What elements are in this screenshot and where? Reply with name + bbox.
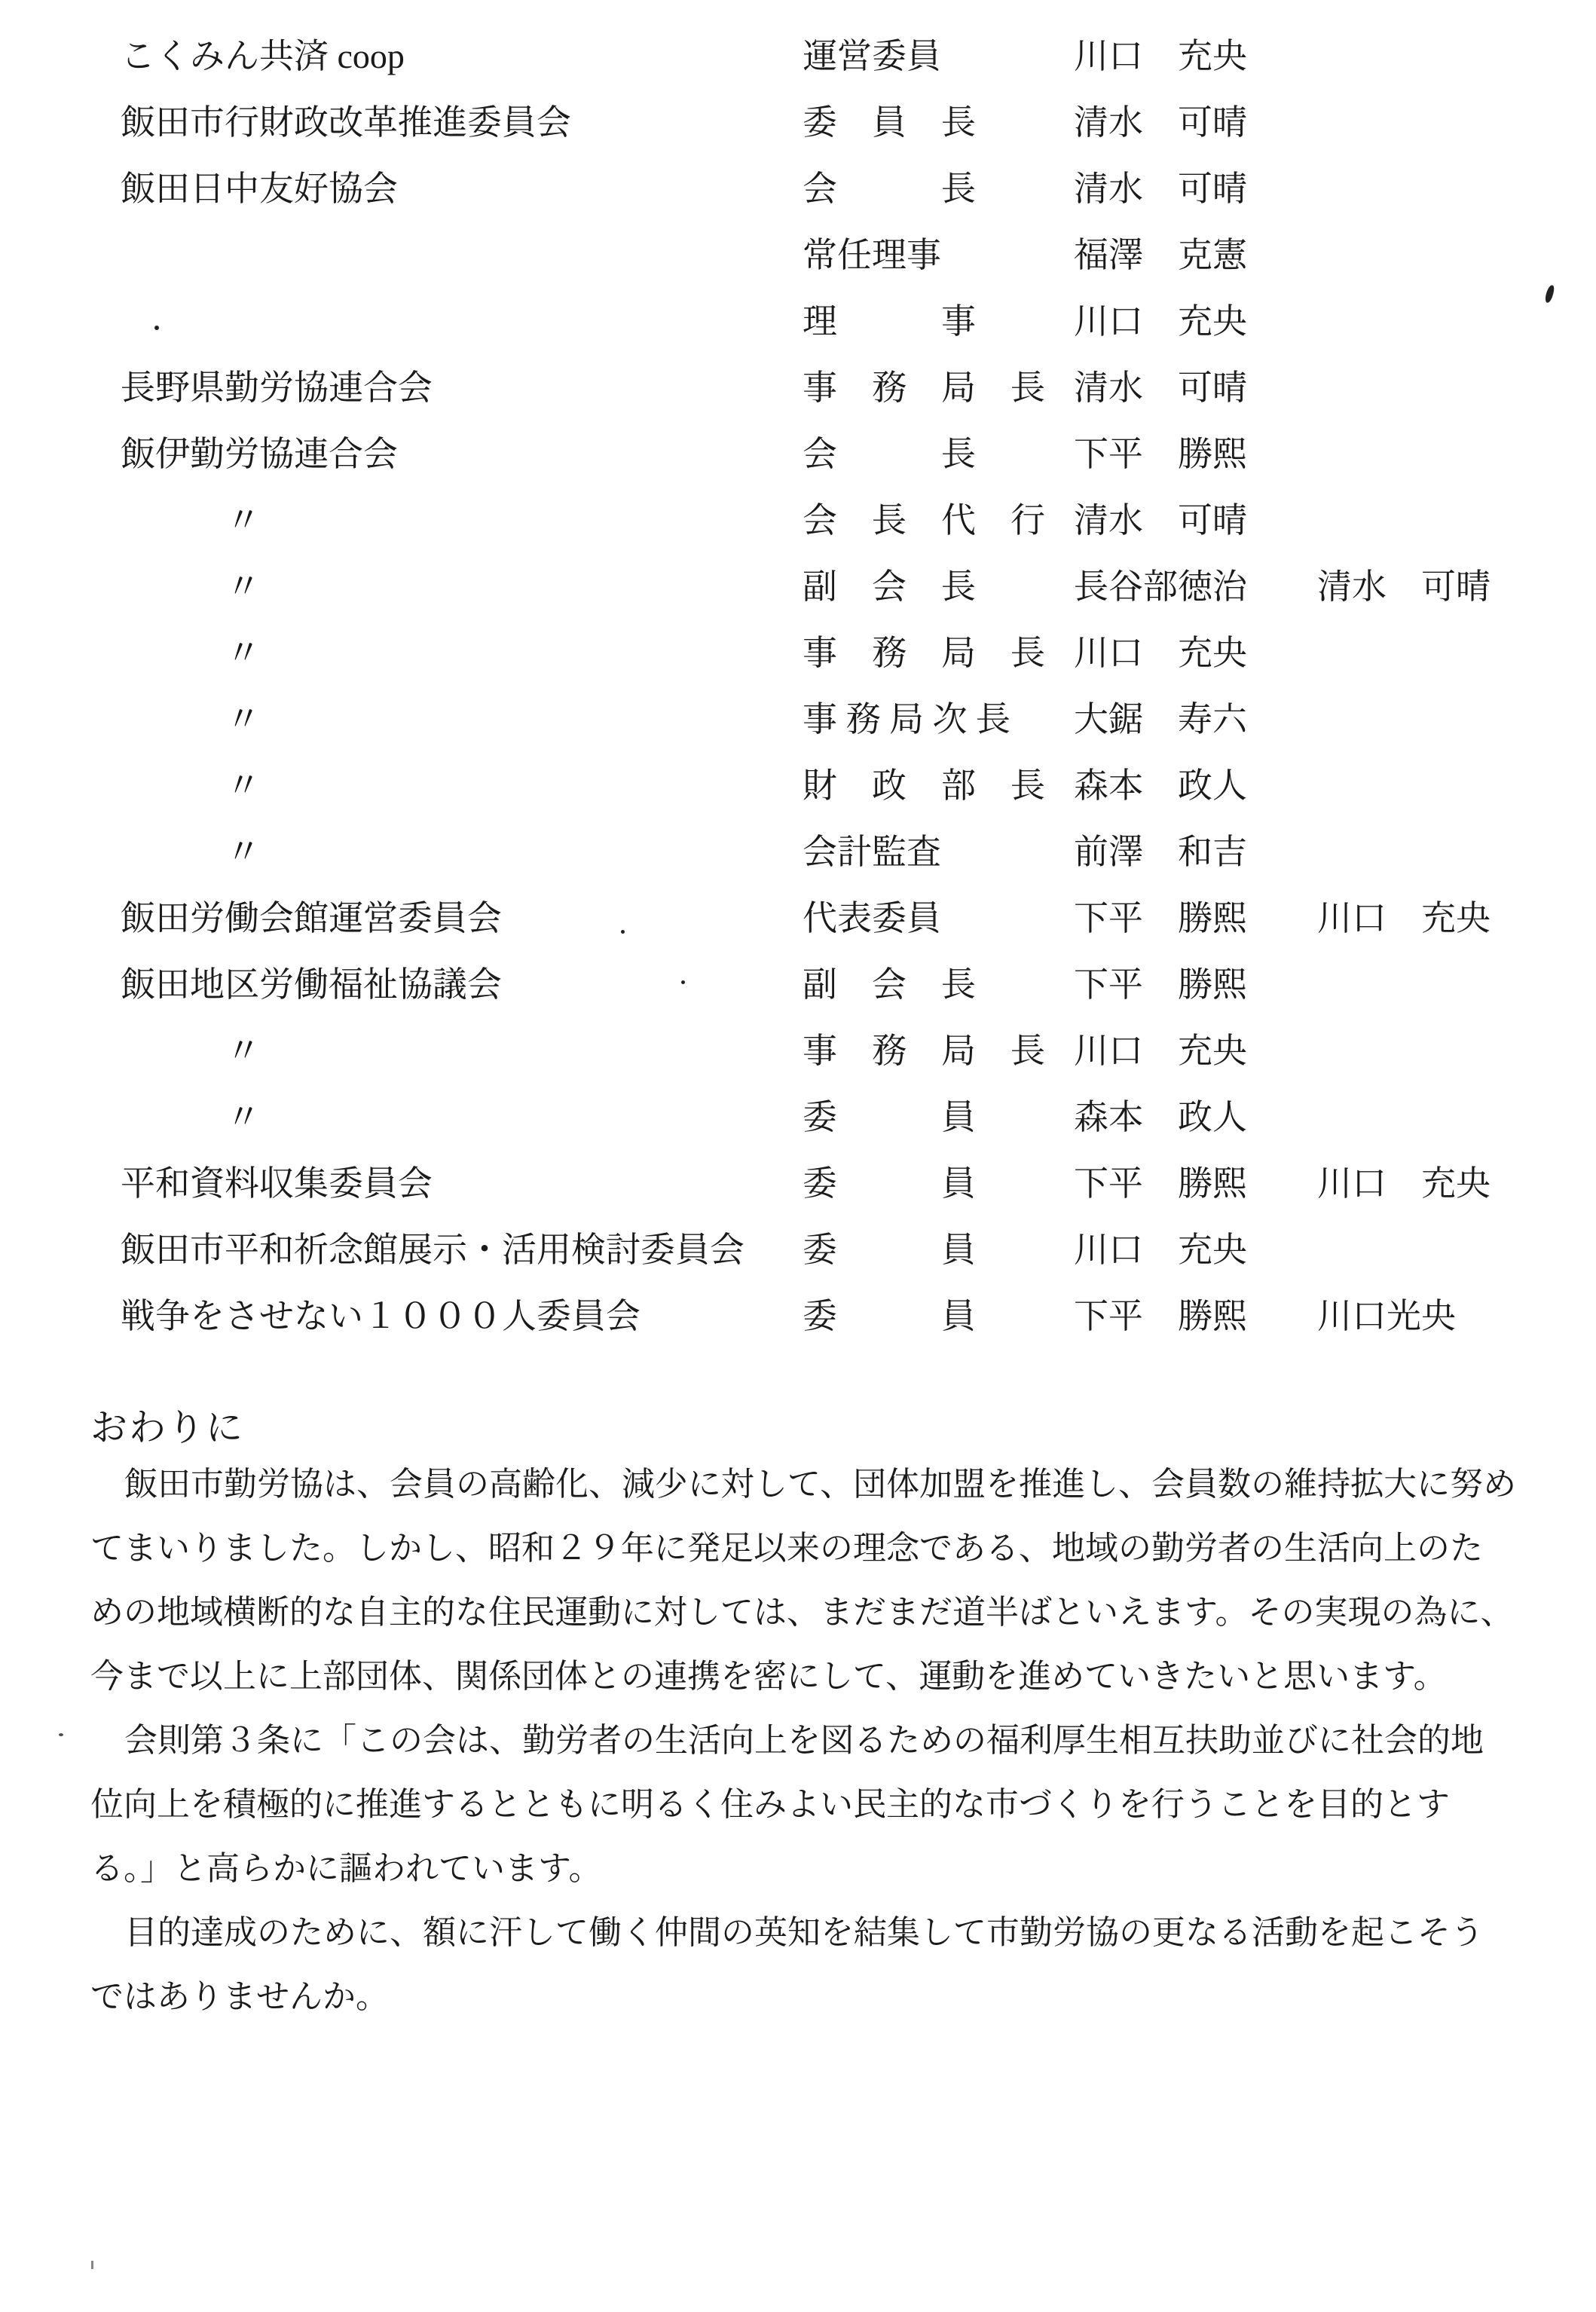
position-title: 会 長 bbox=[803, 421, 976, 488]
roster-row: 飯田日中友好協会 会 長 清水 可晴 bbox=[0, 156, 1596, 222]
closing-paragraph-line: 今まで以上に上部団体、関係団体との連携を密にして、運動を進めていきたいと思います… bbox=[90, 1644, 1545, 1708]
ditto-mark: 〃 bbox=[226, 620, 261, 687]
closing-heading: おわりに bbox=[90, 1408, 244, 1448]
position-title: 事 務 局 長 bbox=[803, 620, 1045, 687]
member-name: 森本 政人 bbox=[1074, 753, 1247, 819]
ditto-mark: 〃 bbox=[226, 488, 261, 554]
member-name: 前澤 和吉 bbox=[1074, 819, 1247, 885]
member-name: 川口 充央 bbox=[1074, 289, 1247, 355]
roster-row: 〃 委 員 森本 政人 bbox=[0, 1084, 1596, 1151]
ditto-mark: 〃 bbox=[226, 819, 261, 885]
document-page: こくみん共済 coop 運営委員 川口 充央 飯田市行財政改革推進委員会 委 員… bbox=[0, 0, 1596, 2312]
member-name: 清水 可晴 bbox=[1074, 355, 1247, 421]
roster-row: 理 事 川口 充央 bbox=[0, 289, 1596, 355]
org-name: 長野県勤労協連合会 bbox=[121, 355, 433, 421]
member-name: 清水 可晴 bbox=[1074, 488, 1247, 554]
ditto-mark: 〃 bbox=[226, 1084, 261, 1151]
closing-paragraph-line: めの地域横断的な自主的な住民運動に対しては、まだまだ道半ばといえます。その実現の… bbox=[90, 1580, 1545, 1644]
roster-row: 飯伊勤労協連合会 会 長 下平 勝熙 bbox=[0, 421, 1596, 488]
position-title: 委 員 bbox=[803, 1283, 976, 1350]
position-title: 代表委員 bbox=[803, 885, 941, 952]
closing-paragraph-line: てまいりました。しかし、昭和２９年に発足以来の理念である、地域の勤労者の生活向上… bbox=[90, 1516, 1545, 1580]
member-name: 下平 勝熙 bbox=[1074, 421, 1247, 488]
roster-row: 平和資料収集委員会 委 員 下平 勝熙 川口 充央 bbox=[0, 1151, 1596, 1217]
org-name: 飯田地区労働福祉協議会 bbox=[121, 952, 502, 1018]
org-name: 平和資料収集委員会 bbox=[121, 1151, 433, 1217]
position-title: 委 員 bbox=[803, 1084, 976, 1151]
member-name-secondary: 川口 充央 bbox=[1317, 885, 1491, 952]
position-title: 常任理事 bbox=[803, 222, 941, 289]
member-name: 川口 充央 bbox=[1074, 1018, 1247, 1084]
roster-row: 長野県勤労協連合会 事 務 局 長 清水 可晴 bbox=[0, 355, 1596, 421]
roster-row: 飯田市行財政改革推進委員会 委 員 長 清水 可晴 bbox=[0, 90, 1596, 156]
member-name-secondary: 川口光央 bbox=[1317, 1283, 1456, 1350]
position-title: 会計監査 bbox=[803, 819, 941, 885]
member-name-secondary: 川口 充央 bbox=[1317, 1151, 1491, 1217]
member-name: 下平 勝熙 bbox=[1074, 952, 1247, 1018]
member-name: 清水 可晴 bbox=[1074, 156, 1247, 222]
position-title: 運営委員 bbox=[803, 23, 941, 90]
org-name: 飯田労働会館運営委員会 bbox=[121, 885, 502, 952]
member-name: 下平 勝熙 bbox=[1074, 1283, 1247, 1350]
member-name: 下平 勝熙 bbox=[1074, 885, 1247, 952]
affiliation-roster: こくみん共済 coop 運営委員 川口 充央 飯田市行財政改革推進委員会 委 員… bbox=[0, 23, 1596, 1350]
member-name: 川口 充央 bbox=[1074, 23, 1247, 90]
roster-row: 〃 事 務 局 長 川口 充央 bbox=[0, 1018, 1596, 1084]
closing-paragraph-line: ではありませんか。 bbox=[90, 1965, 1545, 2029]
roster-row: 戦争をさせない１０００人委員会 委 員 下平 勝熙 川口光央 bbox=[0, 1283, 1596, 1350]
closing-body: 飯田市勤労協は、会員の高齢化、減少に対して、団体加盟を推進し、会員数の維持拡大に… bbox=[90, 1452, 1545, 2029]
scan-artifact-speck bbox=[91, 2261, 93, 2269]
scan-artifact-dot bbox=[621, 930, 625, 934]
member-name: 福澤 克憲 bbox=[1074, 222, 1247, 289]
roster-row: 〃 会 長 代 行 清水 可晴 bbox=[0, 488, 1596, 554]
ditto-mark: 〃 bbox=[226, 687, 261, 753]
scan-artifact-dot bbox=[154, 326, 159, 330]
roster-row: 〃 事 務 局 長 川口 充央 bbox=[0, 620, 1596, 687]
position-title: 事 務 局 次 長 bbox=[803, 687, 1010, 753]
org-name: 飯田市平和祈念館展示・活用検討委員会 bbox=[121, 1217, 744, 1283]
member-name: 下平 勝熙 bbox=[1074, 1151, 1247, 1217]
org-name: 戦争をさせない１０００人委員会 bbox=[121, 1283, 641, 1350]
scan-artifact-dot bbox=[681, 980, 685, 984]
roster-row: 飯田市平和祈念館展示・活用検討委員会 委 員 川口 充央 bbox=[0, 1217, 1596, 1283]
ditto-mark: 〃 bbox=[226, 753, 261, 819]
roster-row: 〃 財 政 部 長 森本 政人 bbox=[0, 753, 1596, 819]
ditto-mark: 〃 bbox=[226, 1018, 261, 1084]
position-title: 副 会 長 bbox=[803, 554, 976, 620]
closing-paragraph-line: る。」と高らかに謳われています。 bbox=[90, 1836, 1545, 1901]
member-name: 清水 可晴 bbox=[1074, 90, 1247, 156]
position-title: 会 長 bbox=[803, 156, 976, 222]
org-name: こくみん共済 coop bbox=[121, 23, 405, 90]
member-name: 川口 充央 bbox=[1074, 620, 1247, 687]
org-name: 飯田日中友好協会 bbox=[121, 156, 398, 222]
roster-row: 飯田地区労働福祉協議会 副 会 長 下平 勝熙 bbox=[0, 952, 1596, 1018]
closing-paragraph-line: 位向上を積極的に推進するとともに明るく住みよい民主的な市づくりを行うことを目的と… bbox=[90, 1772, 1545, 1836]
position-title: 副 会 長 bbox=[803, 952, 976, 1018]
roster-row: 飯田労働会館運営委員会 代表委員 下平 勝熙 川口 充央 bbox=[0, 885, 1596, 952]
closing-paragraph-line: 会則第３条に「この会は、勤労者の生活向上を図るための福利厚生相互扶助並びに社会的… bbox=[90, 1708, 1545, 1772]
position-title: 事 務 局 長 bbox=[803, 1018, 1045, 1084]
position-title: 委 員 bbox=[803, 1151, 976, 1217]
member-name: 川口 充央 bbox=[1074, 1217, 1247, 1283]
member-name: 森本 政人 bbox=[1074, 1084, 1247, 1151]
member-name-secondary: 清水 可晴 bbox=[1317, 554, 1491, 620]
ditto-mark: 〃 bbox=[226, 554, 261, 620]
org-name: 飯田市行財政改革推進委員会 bbox=[121, 90, 571, 156]
position-title: 事 務 局 長 bbox=[803, 355, 1045, 421]
closing-paragraph-line: 飯田市勤労協は、会員の高齢化、減少に対して、団体加盟を推進し、会員数の維持拡大に… bbox=[90, 1452, 1545, 1516]
position-title: 理 事 bbox=[803, 289, 976, 355]
roster-row: こくみん共済 coop 運営委員 川口 充央 bbox=[0, 23, 1596, 90]
roster-row: 〃 副 会 長 長谷部徳治 清水 可晴 bbox=[0, 554, 1596, 620]
position-title: 会 長 代 行 bbox=[803, 488, 1045, 554]
position-title: 委 員 長 bbox=[803, 90, 976, 156]
roster-row: 〃 事 務 局 次 長 大鋸 寿六 bbox=[0, 687, 1596, 753]
org-name: 飯伊勤労協連合会 bbox=[121, 421, 398, 488]
member-name: 大鋸 寿六 bbox=[1074, 687, 1247, 753]
scan-artifact-dot bbox=[59, 1733, 63, 1736]
roster-row: 常任理事 福澤 克憲 bbox=[0, 222, 1596, 289]
position-title: 委 員 bbox=[803, 1217, 976, 1283]
member-name: 長谷部徳治 bbox=[1074, 554, 1247, 620]
closing-paragraph-line: 目的達成のために、額に汗して働く仲間の英知を結集して市勤労協の更なる活動を起こそ… bbox=[90, 1901, 1545, 1965]
roster-row: 〃 会計監査 前澤 和吉 bbox=[0, 819, 1596, 885]
position-title: 財 政 部 長 bbox=[803, 753, 1045, 819]
